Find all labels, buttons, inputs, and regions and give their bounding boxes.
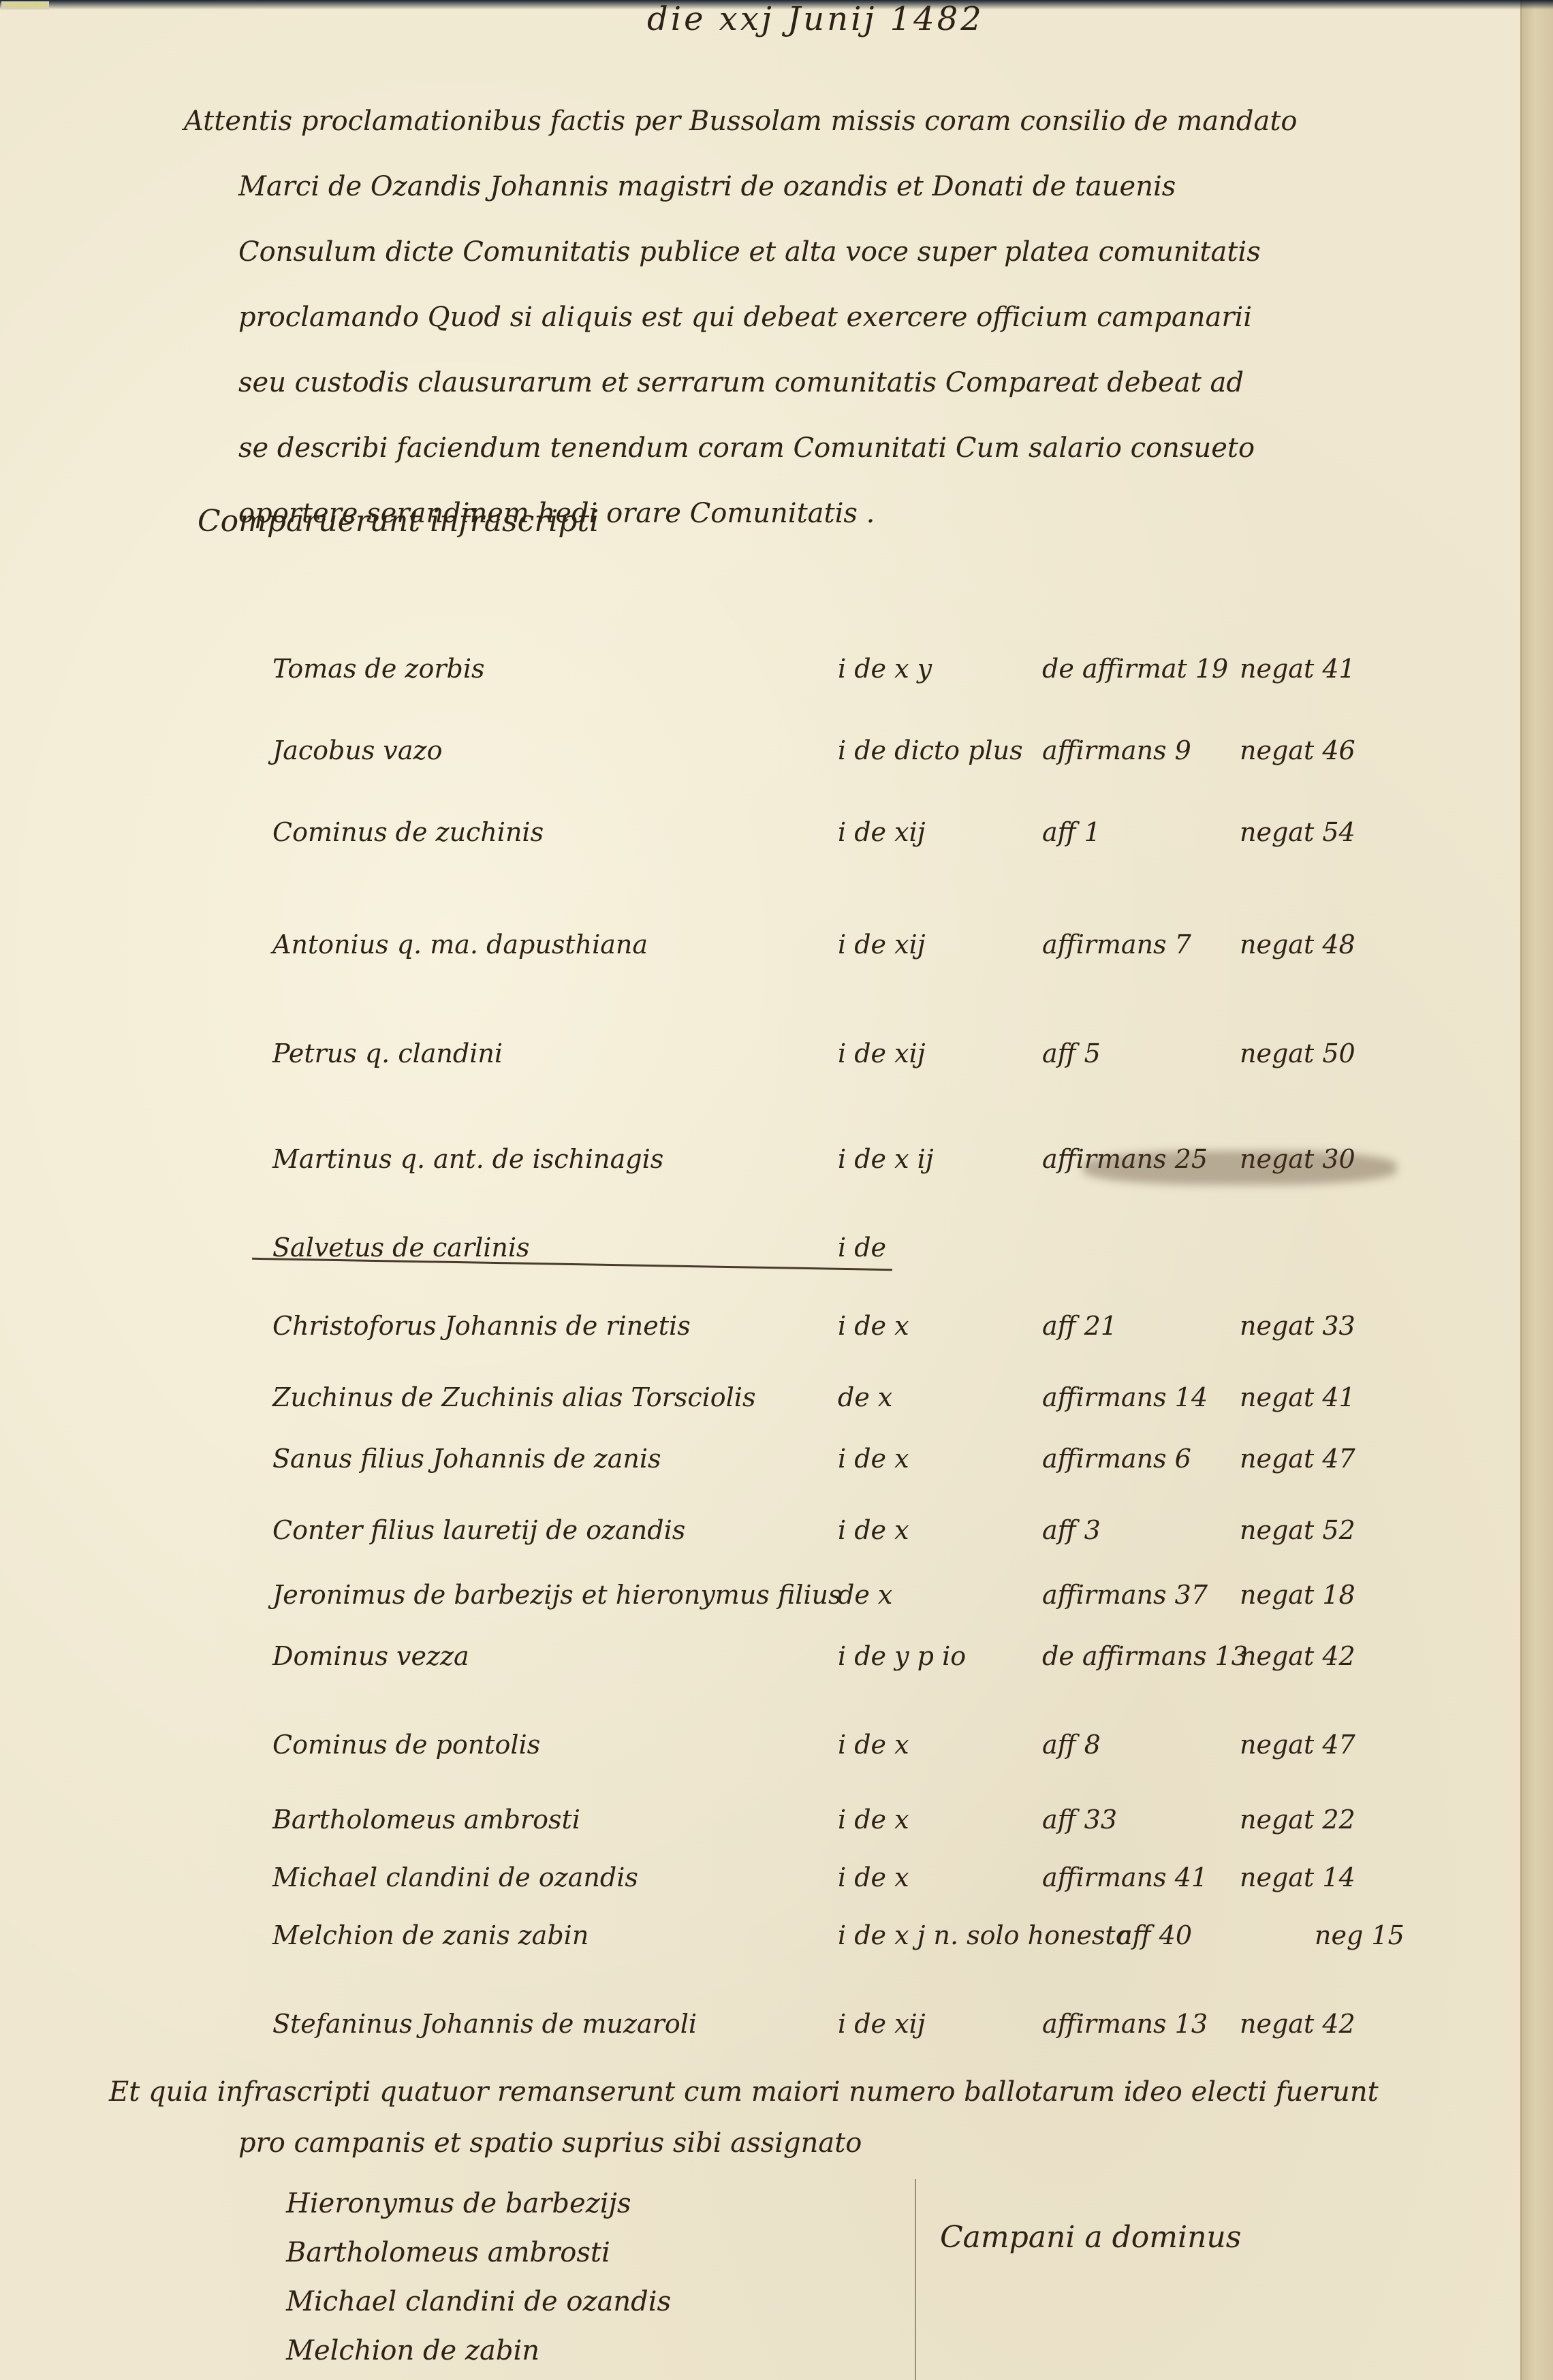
candidate-name: Christoforus Johannis de rinetis (272, 1311, 691, 1341)
neg-count: negat 33 (1240, 1311, 1355, 1341)
neg-count: negat 52 (1240, 1515, 1355, 1545)
affirm-count: de affirmans 13 (1042, 1641, 1248, 1671)
affirm-count: de affirmat 19 (1042, 654, 1228, 684)
vote-marks: i de x (838, 1515, 909, 1545)
vote-row: Cominus de pontolis i de x aff 8 negat 4… (0, 1730, 1520, 1777)
affirm-count: affirmans 9 (1042, 735, 1191, 765)
neg-count: negat 14 (1240, 1862, 1355, 1892)
candidate-name: Tomas de zorbis (272, 654, 484, 684)
affirm-count: aff 33 (1042, 1805, 1117, 1835)
ink-smudge (1083, 1151, 1396, 1185)
paragraph-line: se describi faciendum tenendum coram Com… (143, 415, 1458, 481)
affirm-count: affirmans 37 (1042, 1580, 1208, 1610)
neg-count: negat 50 (1240, 1038, 1355, 1068)
affirm-count: aff 3 (1042, 1515, 1101, 1545)
elected-list: Hieronymus de barbezijs Bartholomeus amb… (286, 2179, 671, 2375)
section-heading: Comparuerunt infrascripti (198, 504, 599, 539)
affirm-count: affirmans 14 (1042, 1382, 1208, 1412)
neg-count: negat 18 (1240, 1580, 1355, 1610)
vote-marks: i de x ij (838, 1144, 934, 1174)
neg-count: neg 15 (1315, 1920, 1405, 1950)
vote-marks: i de dicto plus (838, 735, 1023, 765)
vote-marks: i de x (838, 1311, 909, 1341)
paragraph-line: Attentis proclamationibus factis per Bus… (143, 89, 1458, 154)
elected-name: Bartholomeus ambrosti (286, 2228, 671, 2277)
elected-name: Melchion de zabin (286, 2326, 671, 2375)
neg-count: negat 42 (1240, 1641, 1355, 1671)
vote-row: Stefaninus Johannis de muzaroli i de xij… (0, 2009, 1520, 2057)
neg-count: negat 42 (1240, 2009, 1355, 2039)
vote-marks: i de y p io (838, 1641, 966, 1671)
candidate-name: Antonius q. ma. dapusthiana (272, 930, 648, 959)
elected-name: Michael clandini de ozandis (286, 2277, 671, 2326)
neg-count: negat 47 (1240, 1730, 1355, 1760)
vote-row: Dominus vezza i de y p io de affirmans 1… (0, 1641, 1520, 1689)
closing-line: Et quia infrascripti quatuor remanserunt… (109, 2067, 1505, 2118)
vote-row-struck: Salvetus de carlinis i de (0, 1233, 1520, 1280)
candidate-name: Bartholomeus ambrosti (272, 1805, 580, 1835)
candidate-name: Michael clandini de ozandis (272, 1862, 638, 1892)
neg-count: negat 47 (1240, 1444, 1355, 1474)
vote-marks: i de x y (838, 654, 932, 684)
paragraph-line: seu custodis clausurarum et serrarum com… (143, 350, 1458, 415)
page-edge (1520, 0, 1553, 2380)
candidate-name: Stefaninus Johannis de muzaroli (272, 2009, 697, 2039)
neg-count: negat 54 (1240, 817, 1355, 847)
vote-row: Conter filius lauretij de ozandis i de x… (0, 1515, 1520, 1563)
affirm-count: affirmans 13 (1042, 2009, 1208, 2039)
vote-marks: i de (838, 1233, 886, 1263)
scan-label: Unrecognized (1, 1, 49, 10)
affirm-count: affirmans 6 (1042, 1444, 1191, 1474)
candidate-name: Jacobus vazo (272, 735, 442, 765)
vote-marks: i de x (838, 1730, 909, 1760)
vote-row: Jeronimus de barbezijs et hieronymus fil… (0, 1580, 1520, 1628)
neg-count: negat 46 (1240, 735, 1355, 765)
affirm-count: affirmans 41 (1042, 1862, 1208, 1892)
affirm-count: aff 21 (1042, 1311, 1117, 1341)
paragraph-line: Marci de Ozandis Johannis magistri de oz… (143, 154, 1458, 219)
vote-marks: de x (838, 1382, 892, 1412)
vote-row: Christoforus Johannis de rinetis i de x … (0, 1311, 1520, 1359)
affirm-count: aff 5 (1042, 1038, 1101, 1068)
vote-marks: i de x (838, 1805, 909, 1835)
vote-marks: i de xij (838, 930, 926, 959)
neg-count: negat 48 (1240, 930, 1355, 959)
vote-row: Bartholomeus ambrosti i de x aff 33 nega… (0, 1805, 1520, 1852)
elected-name: Hieronymus de barbezijs (286, 2179, 671, 2228)
paragraph-line: Consulum dicte Comunitatis publice et al… (143, 219, 1458, 285)
neg-count: negat 41 (1240, 1382, 1355, 1412)
candidate-name: Dominus vezza (272, 1641, 469, 1671)
vote-marks: i de xij (838, 1038, 926, 1068)
closing-statement: Et quia infrascripti quatuor remanserunt… (109, 2067, 1505, 2169)
vote-marks: i de x (838, 1444, 909, 1474)
candidate-name: Martinus q. ant. de ischinagis (272, 1144, 663, 1174)
vote-row: Jacobus vazo i de dicto plus affirmans 9… (0, 735, 1520, 783)
vote-row: Sanus filius Johannis de zanis i de x af… (0, 1444, 1520, 1491)
vote-marks: i de x j n. solo honesto (838, 1920, 1131, 1950)
candidate-name: Cominus de pontolis (272, 1730, 540, 1760)
vote-row: Petrus q. clandini i de xij aff 5 negat … (0, 1038, 1520, 1086)
vote-marks: i de xij (838, 817, 926, 847)
neg-count: negat 22 (1240, 1805, 1355, 1835)
vote-marks: de x (838, 1580, 892, 1610)
opening-paragraph: Attentis proclamationibus factis per Bus… (143, 89, 1458, 546)
candidate-name: Conter filius lauretij de ozandis (272, 1515, 685, 1545)
candidate-name: Melchion de zanis zabin (272, 1920, 589, 1950)
elected-label: Campani a dominus (940, 2220, 1241, 2255)
vote-marks: i de x (838, 1862, 909, 1892)
candidate-name: Jeronimus de barbezijs et hieronymus fil… (272, 1580, 842, 1610)
vote-row: Cominus de zuchinis i de xij aff 1 negat… (0, 817, 1520, 865)
paragraph-line: proclamando Quod si aliquis est qui debe… (143, 285, 1458, 350)
vertical-divider (915, 2179, 916, 2380)
affirm-count: aff 40 (1117, 1920, 1192, 1950)
vote-row: Melchion de zanis zabin i de x j n. solo… (0, 1920, 1520, 1968)
candidate-name: Sanus filius Johannis de zanis (272, 1444, 661, 1474)
vote-row: Zuchinus de Zuchinis alias Torsciolis de… (0, 1382, 1520, 1430)
vote-row: Michael clandini de ozandis i de x affir… (0, 1862, 1520, 1910)
candidate-name: Petrus q. clandini (272, 1038, 503, 1068)
vote-marks: i de xij (838, 2009, 926, 2039)
vote-row: Tomas de zorbis i de x y de affirmat 19 … (0, 654, 1520, 701)
closing-line: pro campanis et spatio suprius sibi assi… (109, 2118, 1505, 2169)
neg-count: negat 41 (1240, 654, 1355, 684)
header-date: die xxj Junij 1482 (647, 0, 984, 38)
vote-row: Antonius q. ma. dapusthiana i de xij aff… (0, 930, 1520, 977)
affirm-count: affirmans 7 (1042, 930, 1191, 959)
candidate-name: Cominus de zuchinis (272, 817, 544, 847)
affirm-count: aff 8 (1042, 1730, 1101, 1760)
candidate-name: Zuchinus de Zuchinis alias Torsciolis (272, 1382, 755, 1412)
affirm-count: aff 1 (1042, 817, 1101, 847)
